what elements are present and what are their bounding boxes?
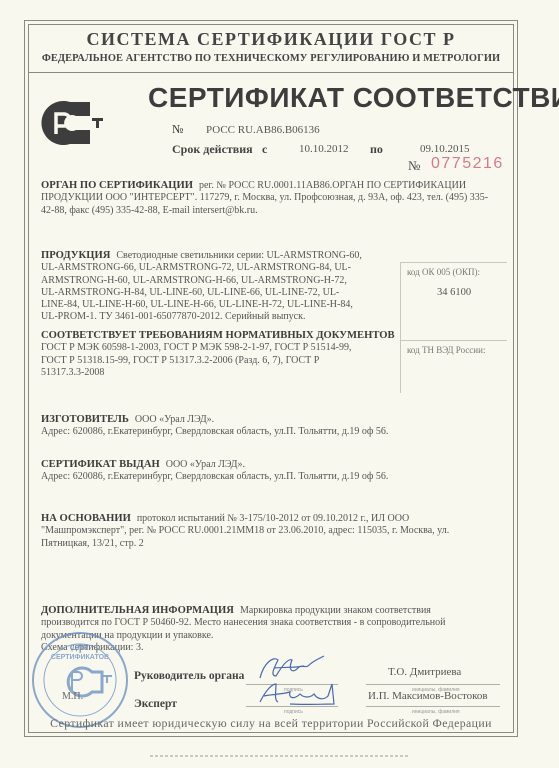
head-name: Т.О. Дмитриева bbox=[388, 666, 461, 678]
expert-name-line bbox=[366, 706, 500, 707]
valid-from-label: с bbox=[262, 142, 267, 157]
okp-code-value: 34 6100 bbox=[401, 287, 507, 298]
serial-label: № bbox=[408, 158, 420, 174]
validity-label: Срок действия bbox=[172, 142, 253, 157]
valid-to-label: по bbox=[370, 142, 383, 157]
manufacturer-section: ИЗГОТОВИТЕЛЬООО «Урал ЛЭД». Адрес: 62008… bbox=[41, 414, 501, 439]
head-label: Руководитель органа bbox=[134, 670, 244, 682]
system-title: СИСТЕМА СЕРТИФИКАЦИИ ГОСТ Р bbox=[28, 29, 514, 50]
okp-code-box: код ОК 005 (ОКП): 34 6100 bbox=[400, 262, 507, 341]
certification-body: ОРГАН ПО СЕРТИФИКАЦИИрег. № РОСС RU.0001… bbox=[41, 180, 501, 217]
product-section: ПРОДУКЦИЯСветодиодные светильники серии:… bbox=[41, 250, 363, 324]
tnved-code-label: код ТН ВЭД России: bbox=[407, 345, 485, 355]
stamp-place-label: М.П. bbox=[62, 691, 83, 702]
expert-signature-icon bbox=[254, 678, 344, 710]
certificate-number: РОСС RU.АВ86.В06136 bbox=[206, 124, 320, 136]
printer-imprint bbox=[150, 755, 410, 757]
rst-logo-icon bbox=[36, 100, 104, 146]
number-label: № bbox=[172, 122, 183, 137]
issued-to-heading: СЕРТИФИКАТ ВЫДАН bbox=[41, 459, 160, 470]
additional-info-heading: ДОПОЛНИТЕЛЬНАЯ ИНФОРМАЦИЯ bbox=[41, 605, 234, 616]
certification-body-heading: ОРГАН ПО СЕРТИФИКАЦИИ bbox=[41, 180, 193, 191]
header-divider bbox=[28, 72, 514, 73]
serial-number: 0775216 bbox=[431, 155, 504, 173]
basis-heading: НА ОСНОВАНИИ bbox=[41, 513, 131, 524]
norms-section: СООТВЕТСТВУЕТ ТРЕБОВАНИЯМ НОРМАТИВНЫХ ДО… bbox=[41, 330, 363, 379]
expert-name: И.П. Максимов-Востоков bbox=[368, 690, 488, 702]
norms-text: ГОСТ Р МЭК 60598-1-2003, ГОСТ Р МЭК 598-… bbox=[41, 342, 363, 379]
legal-note: Сертификат имеет юридическую силу на все… bbox=[28, 716, 514, 731]
expert-label: Эксперт bbox=[134, 698, 177, 710]
basis-section: НА ОСНОВАНИИпротокол испытаний № 3-175/1… bbox=[41, 513, 471, 550]
issued-to-name: ООО «Урал ЛЭД». bbox=[166, 459, 245, 470]
seal-middle-text: СЕРТИФИКАТОВ bbox=[51, 654, 109, 661]
product-heading: ПРОДУКЦИЯ bbox=[41, 250, 110, 261]
norms-heading: СООТВЕТСТВУЕТ ТРЕБОВАНИЯМ НОРМАТИВНЫХ ДО… bbox=[41, 330, 363, 342]
certificate-title: СЕРТИФИКАТ СООТВЕТСТВИЯ bbox=[148, 82, 559, 114]
tnved-code-box: код ТН ВЭД России: bbox=[400, 340, 507, 393]
issued-to-address: Адрес: 620086, г.Екатеринбург, Свердловс… bbox=[41, 471, 501, 483]
valid-to: 09.10.2015 bbox=[420, 143, 470, 155]
head-name-line bbox=[366, 684, 500, 685]
issued-to-section: СЕРТИФИКАТ ВЫДАНООО «Урал ЛЭД». Адрес: 6… bbox=[41, 459, 501, 484]
okp-code-label: код ОК 005 (ОКП): bbox=[407, 267, 480, 277]
manufacturer-address: Адрес: 620086, г.Екатеринбург, Свердловс… bbox=[41, 426, 501, 438]
valid-from: 10.10.2012 bbox=[299, 143, 349, 155]
manufacturer-name: ООО «Урал ЛЭД». bbox=[135, 414, 214, 425]
expert-name-caption: инициалы, фамилия bbox=[412, 709, 460, 715]
manufacturer-heading: ИЗГОТОВИТЕЛЬ bbox=[41, 414, 129, 425]
seal-top-text: ДЛЯ bbox=[71, 643, 88, 652]
agency-title: ФЕДЕРАЛЬНОЕ АГЕНТСТВО ПО ТЕХНИЧЕСКОМУ РЕ… bbox=[28, 53, 514, 64]
